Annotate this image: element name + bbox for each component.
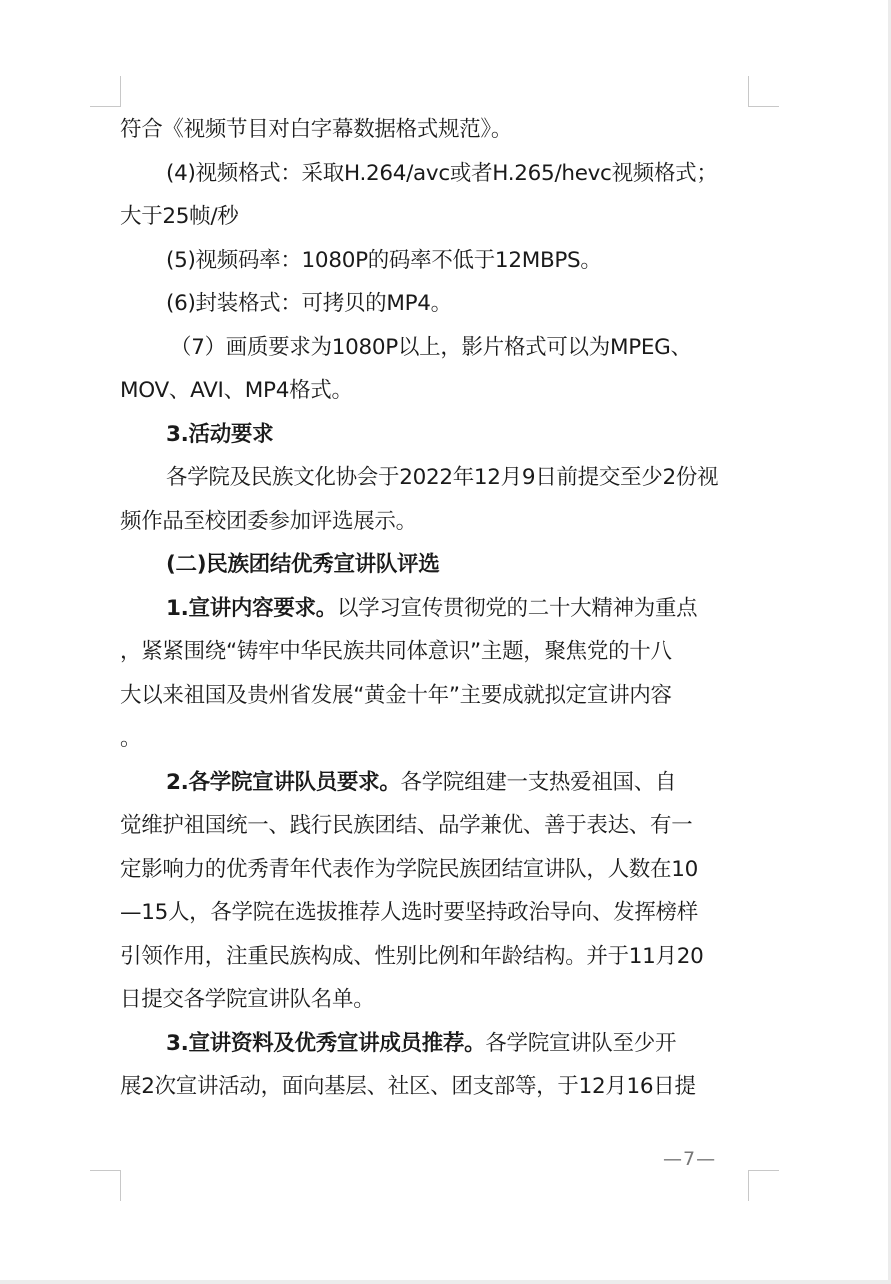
crop-mark-top-right [748,76,779,107]
crop-mark-top-left [90,76,121,107]
text-line: (6)封装格式：可拷贝的MP4。 [120,282,750,326]
text-line: 大以来祖国及贵州省发展“黄金十年”主要成就拟定宣讲内容 [120,674,750,718]
text-line: 符合《视频节目对白字幕数据格式规范》。 [120,108,750,152]
text-line: (4)视频格式：采取H.264/avc或者H.265/hevc视频格式； [120,152,750,196]
text-line: ，紧紧围绕“铸牢中华民族共同体意识”主题，聚焦党的十八 [120,630,750,674]
text-line: 觉维护祖国统一、践行民族团结、品学兼优、善于表达、有一 [120,804,750,848]
text-line: 。 [120,717,750,761]
text-line: 日提交各学院宣讲队名单。 [120,978,750,1022]
text-line: —15人，各学院在选拔推荐人选时要坚持政治导向、发挥榜样 [120,891,750,935]
text-line: 各学院及民族文化协会于2022年12月9日前提交至少2份视 [120,456,750,500]
text-line: 频作品至校团委参加评选展示。 [120,500,750,544]
document-page: 符合《视频节目对白字幕数据格式规范》。 (4)视频格式：采取H.264/avc或… [0,0,888,1280]
text-line: 展2次宣讲活动，面向基层、社区、团支部等，于12月16日提 [120,1065,750,1109]
text-line: 引领作用，注重民族构成、性别比例和年龄结构。并于11月20 [120,935,750,979]
section-heading: (二)民族团结优秀宣讲队评选 [120,543,750,587]
document-body: 符合《视频节目对白字幕数据格式规范》。 (4)视频格式：采取H.264/avc或… [120,108,750,1109]
crop-mark-bottom-left [90,1170,121,1201]
text-line: （7）画质要求为1080P以上，影片格式可以为MPEG、 [120,326,750,370]
paragraph-lead: 3.宣讲资料及优秀宣讲成员推荐。 [166,1031,485,1056]
paragraph-text: 以学习宣传贯彻党的二十大精神为重点 [337,596,697,621]
paragraph-lead: 2.各学院宣讲队员要求。 [166,770,401,795]
text-line: 大于25帧/秒 [120,195,750,239]
text-line: 2.各学院宣讲队员要求。各学院组建一支热爱祖国、自 [120,761,750,805]
crop-mark-bottom-right [748,1170,779,1201]
text-line: (5)视频码率：1080P的码率不低于12MBPS。 [120,239,750,283]
text-line: 3.宣讲资料及优秀宣讲成员推荐。各学院宣讲队至少开 [120,1022,750,1066]
paragraph-lead: 1.宣讲内容要求。 [166,596,337,621]
paragraph-text: 各学院宣讲队至少开 [485,1031,676,1056]
text-line: 定影响力的优秀青年代表作为学院民族团结宣讲队，人数在10 [120,848,750,892]
text-line: 1.宣讲内容要求。以学习宣传贯彻党的二十大精神为重点 [120,587,750,631]
section-heading: 3.活动要求 [120,413,750,457]
paragraph-text: 各学院组建一支热爱祖国、自 [401,770,677,795]
page-number: —7— [663,1148,716,1170]
text-line: MOV、AVI、MP4格式。 [120,369,750,413]
